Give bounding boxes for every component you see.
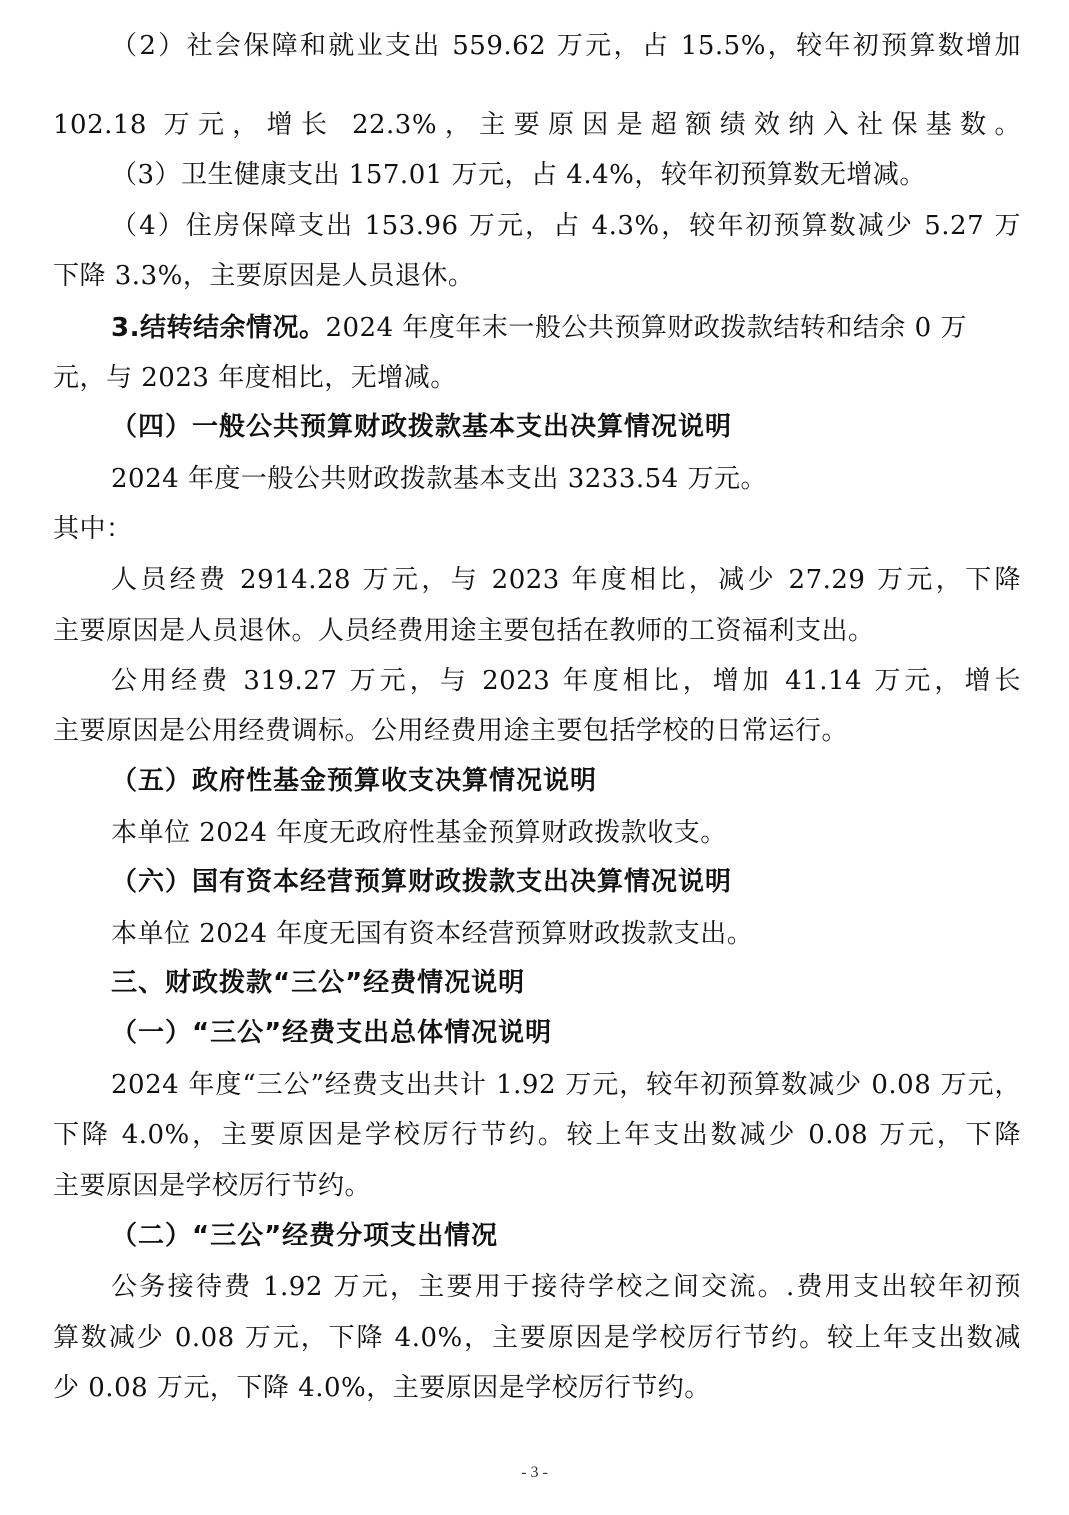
heading-three-public-expenses: 三、财政拨款“三公”经费情况说明 [111, 966, 525, 1000]
paragraph-health-spending: （3）卫生健康支出 157.01 万元，占 4.4%，较年初预算数无增减。 [111, 158, 926, 192]
paragraph-reception-line2: 算数减少 0.08 万元，下降 4.0%，主要原因是学校厉行节约。较上年支出数减 [53, 1321, 1021, 1355]
paragraph-reception-line1: 公务接待费 1.92 万元，主要用于接待学校之间交流。.费用支出较年初预 [111, 1270, 1021, 1304]
heading-three-public-itemized: （二）“三公”经费分项支出情况 [111, 1219, 498, 1253]
heading-state-capital: （六）国有资本经营预算财政拨款支出决算情况说明 [111, 865, 732, 899]
page-number: - 3 - [0, 1464, 1069, 1482]
carryover-text: 2024 年度年末一般公共预算财政拨款结转和结余 0 万 [325, 313, 967, 343]
paragraph-housing-line2: 下降 3.3%，主要原因是人员退休。 [53, 259, 474, 293]
carryover-heading: 3.结转结余情况。 [111, 313, 325, 343]
paragraph-state-capital: 本单位 2024 年度无国有资本经营预算财政拨款支出。 [111, 917, 753, 951]
paragraph-public-funds-line2: 主要原因是公用经费调标。公用经费用途主要包括学校的日常运行。 [53, 714, 848, 748]
paragraph-social-security-line1: （2）社会保障和就业支出 559.62 万元，占 15.5%，较年初预算数增加 [111, 29, 1021, 63]
paragraph-reception-line3: 少 0.08 万元，下降 4.0%，主要原因是学校厉行节约。 [53, 1371, 711, 1405]
paragraph-basic-expenditure-total: 2024 年度一般公共财政拨款基本支出 3233.54 万元。 [111, 462, 767, 496]
paragraph-social-security-line2: 102.18 万元，增长 22.3%，主要原因是超额绩效纳入社保基数。 [53, 108, 1021, 142]
paragraph-three-public-line3: 主要原因是学校厉行节约。 [53, 1169, 371, 1203]
paragraph-carryover-line1: 3.结转结余情况。2024 年度年末一般公共预算财政拨款结转和结余 0 万 [111, 311, 1021, 345]
paragraph-personnel-line2: 主要原因是人员退休。人员经费用途主要包括在教师的工资福利支出。 [53, 614, 875, 648]
heading-government-fund: （五）政府性基金预算收支决算情况说明 [111, 764, 597, 798]
heading-basic-expenditure: （四）一般公共预算财政拨款基本支出决算情况说明 [111, 410, 732, 444]
paragraph-government-fund: 本单位 2024 年度无政府性基金预算财政拨款收支。 [111, 816, 727, 850]
paragraph-personnel-line1: 人员经费 2914.28 万元，与 2023 年度相比，减少 27.29 万元，… [111, 563, 1021, 597]
paragraph-three-public-line1: 2024 年度“三公”经费支出共计 1.92 万元，较年初预算数减少 0.08 … [111, 1068, 1021, 1102]
paragraph-carryover-line2: 元，与 2023 年度相比，无增减。 [53, 361, 457, 395]
paragraph-three-public-line2: 下降 4.0%，主要原因是学校厉行节约。较上年支出数减少 0.08 万元，下降 … [53, 1118, 1021, 1152]
paragraph-housing-line1: （4）住房保障支出 153.96 万元，占 4.3%，较年初预算数减少 5.27… [111, 209, 1021, 243]
paragraph-public-funds-line1: 公用经费 319.27 万元，与 2023 年度相比，增加 41.14 万元，增… [111, 664, 1021, 698]
paragraph-among-them: 其中： [53, 512, 133, 546]
heading-three-public-overall: （一）“三公”经费支出总体情况说明 [111, 1016, 552, 1050]
